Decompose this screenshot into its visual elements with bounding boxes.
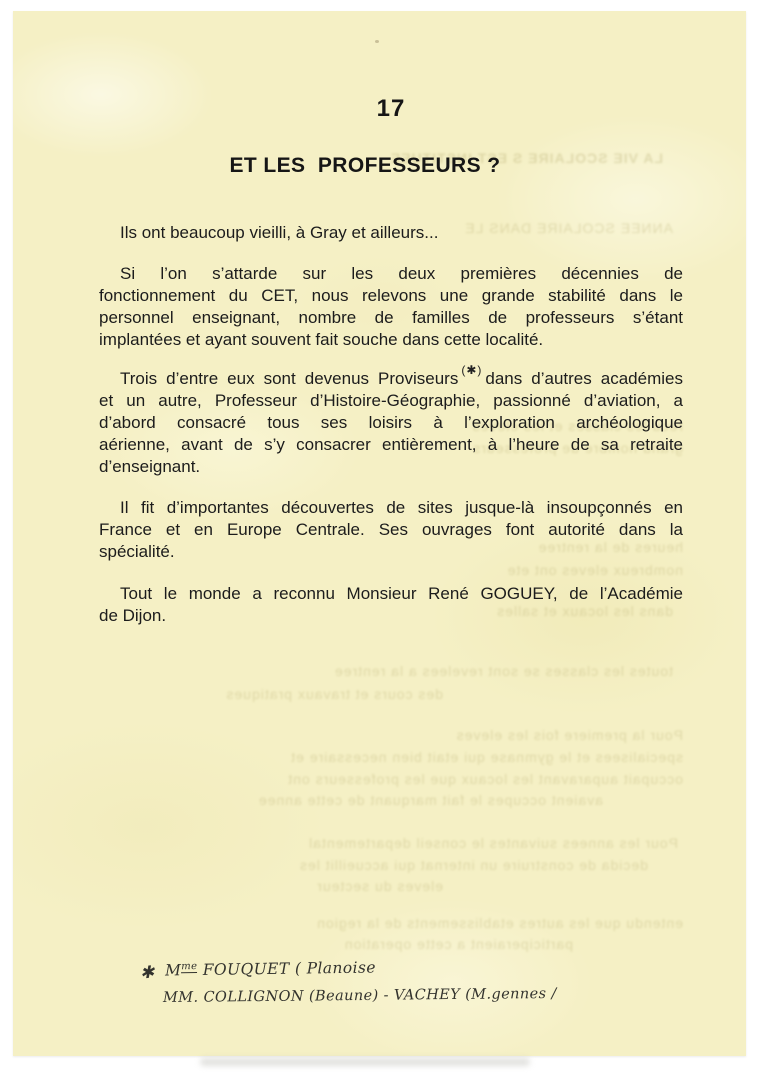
text-segment: dans d’autres académies	[485, 369, 683, 388]
scan-smudge	[200, 1058, 530, 1066]
text-segment: FOUQUET ( Planoise	[197, 959, 376, 979]
text-line: d’abord consacré tous ses loisirs à l’ex…	[99, 412, 683, 434]
text-line: France et en Europe Centrale. Ses ouvrag…	[99, 519, 683, 541]
text-segment: M	[165, 961, 182, 979]
ghost-bleed-through-line: eleves du secteur	[173, 878, 443, 896]
text-line: Ils ont beaucoup vieilli, à Gray et aill…	[99, 222, 683, 244]
page-number: 17	[99, 95, 683, 123]
handwritten-footnote-line-1: Mme FOUQUET ( Planoise	[165, 959, 376, 980]
text-line: personnel enseignant, nombre de familles…	[99, 307, 683, 329]
ghost-bleed-through-line: nombreux eleves ont ete	[433, 562, 683, 580]
ghost-bleed-through-line: occupait auparavant les locaux que les p…	[103, 771, 683, 789]
ghost-bleed-through-line: des cours et travaux pratiques	[123, 686, 443, 704]
scanned-document-page: { "page": { "number": "17", "title": "ET…	[0, 0, 768, 1091]
ghost-bleed-through-line: specialisees et le gymnase qui etait bie…	[103, 749, 683, 767]
ghost-bleed-through-line: entendu que les autres etablissements de…	[108, 915, 683, 933]
text-line: Si l’on s’attarde sur les deux premières…	[99, 263, 683, 285]
handwritten-asterisk: ✱	[139, 963, 155, 984]
handwritten-footnote-line-2: MM. COLLIGNON (Beaune) - VACHEY (M.genne…	[163, 986, 557, 1006]
scan-speck	[375, 40, 379, 43]
ghost-bleed-through-line: avaient occupes le fait marquant de cett…	[103, 792, 603, 810]
ghost-bleed-through-line: Pour les annees suivantes le conseil dep…	[108, 835, 678, 853]
paragraph: Trois d’entre eux sont devenus Proviseur…	[99, 368, 683, 478]
text-line: d’enseignant.	[99, 456, 683, 478]
paragraph: Tout le monde a reconnu Monsieur René GO…	[99, 583, 683, 627]
ghost-bleed-through-line: toutes les classes se sont revelees a la…	[143, 663, 673, 681]
text-line: et un autre, Professeur d’Histoire-Géogr…	[99, 390, 683, 412]
paragraph: Il fit d’importantes découvertes de site…	[99, 497, 683, 563]
ghost-bleed-through-line: participeraient a cette operation	[173, 936, 573, 954]
paper-sheet: LA VIE SCOLAIRE S EST INSTITUEE ANNEE SC…	[13, 11, 746, 1056]
paragraph: Ils ont beaucoup vieilli, à Gray et aill…	[99, 222, 683, 244]
page-title: ET LES PROFESSEURS ?	[73, 154, 657, 178]
footnote-marker: (✱)	[458, 359, 485, 381]
text-line: Tout le monde a reconnu Monsieur René GO…	[99, 583, 683, 605]
text-line: de Dijon.	[99, 605, 683, 627]
text-line: aérienne, avant de s’y consacrer entière…	[99, 434, 683, 456]
superscript-me: me	[181, 961, 197, 973]
text-line: fonctionnement du CET, nous relevons une…	[99, 285, 683, 307]
text-line: spécialité.	[99, 541, 683, 563]
ghost-bleed-through-line: decida de construire un internat qui acc…	[118, 857, 648, 875]
text-line: Trois d’entre eux sont devenus Proviseur…	[99, 368, 683, 390]
text-line: Il fit d’importantes découvertes de site…	[99, 497, 683, 519]
paragraph: Si l’on s’attarde sur les deux premières…	[99, 263, 683, 351]
ghost-bleed-through-line: Pour la premiere fois les eleves	[313, 727, 683, 745]
text-segment: Trois d’entre eux sont devenus Proviseur…	[120, 369, 458, 388]
text-line: implantées et ayant souvent fait souche …	[99, 329, 683, 351]
